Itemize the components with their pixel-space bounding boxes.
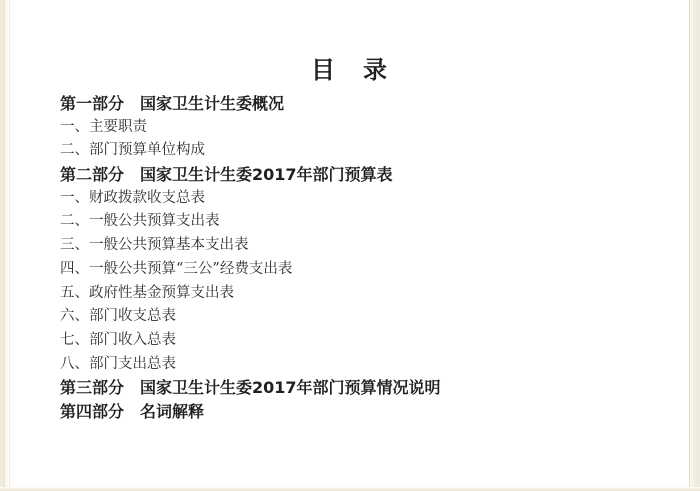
document-page: 目 录 第一部分 国家卫生计生委概况 一、主要职责 二、部门预算单位构成 第二部… <box>0 0 700 491</box>
toc-item-table8: 八、部门支出总表 <box>60 353 670 377</box>
toc-item-table3: 三、一般公共预算基本支出表 <box>60 234 670 258</box>
toc-item-table2: 二、一般公共预算支出表 <box>60 210 670 234</box>
toc-item-table4: 四、一般公共预算“三公”经费支出表 <box>60 258 670 282</box>
toc-list: 第一部分 国家卫生计生委概况 一、主要职责 二、部门预算单位构成 第二部分 国家… <box>60 92 670 424</box>
toc-item-table6: 六、部门收支总表 <box>60 305 670 329</box>
toc-section-part4: 第四部分 名词解释 <box>60 400 670 424</box>
toc-item-table1: 一、财政拨款收支总表 <box>60 187 670 211</box>
toc-item-table7: 七、部门收入总表 <box>60 329 670 353</box>
toc-item-table5: 五、政府性基金预算支出表 <box>60 282 670 306</box>
toc-section-part2: 第二部分 国家卫生计生委2017年部门预算表 <box>60 163 670 187</box>
toc-section-part1: 第一部分 国家卫生计生委概况 <box>60 92 670 116</box>
toc-section-part3: 第三部分 国家卫生计生委2017年部门预算情况说明 <box>60 376 670 400</box>
scanned-page-bottom-edge <box>0 487 700 491</box>
toc-item-duties: 一、主要职责 <box>60 116 670 140</box>
toc-item-units: 二、部门预算单位构成 <box>60 139 670 163</box>
page-title: 目 录 <box>0 50 700 85</box>
